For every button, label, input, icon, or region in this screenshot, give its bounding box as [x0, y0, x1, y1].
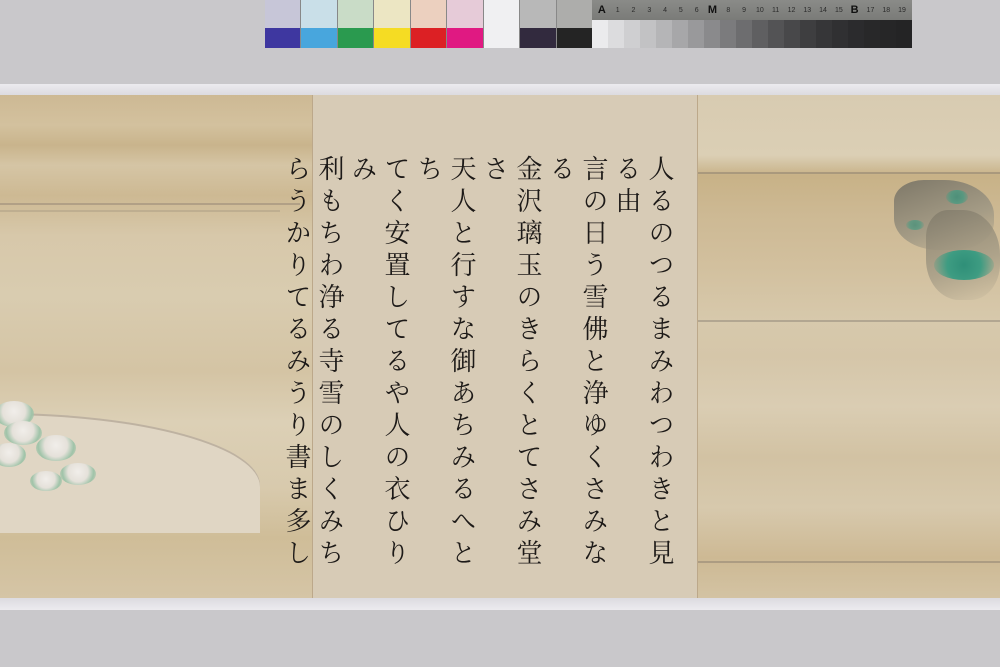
- grayscale-step: [736, 20, 752, 48]
- color-patch: [520, 0, 556, 48]
- mist-line: [698, 561, 1000, 563]
- calligraphy-column: 利もちわ浄る寺雪のしくみち: [312, 155, 345, 585]
- grayscale-step: [816, 20, 832, 48]
- grayscale-step: [864, 20, 880, 48]
- grayscale-step: [592, 20, 608, 48]
- grayscale-labels: A123456M89101112131415B171819: [592, 0, 912, 20]
- grayscale-step: [784, 20, 800, 48]
- grayscale-label: 18: [878, 7, 894, 14]
- grayscale-step: [704, 20, 720, 48]
- grayscale-step: [720, 20, 736, 48]
- grayscale-step: [880, 20, 896, 48]
- mist-line: [698, 172, 1000, 174]
- grayscale-step: [768, 20, 784, 48]
- color-patch: [374, 0, 410, 48]
- color-patch: [411, 0, 447, 48]
- grayscale-label: 2: [626, 7, 642, 14]
- color-calibration-chart: A123456M89101112131415B171819: [265, 0, 912, 48]
- color-patch: [484, 0, 520, 48]
- grayscale-label: 4: [657, 7, 673, 14]
- mist-line: [698, 320, 1000, 322]
- color-patches: [265, 0, 592, 48]
- grayscale-label: 3: [641, 7, 657, 14]
- grayscale-steps: [592, 20, 912, 48]
- calligraphy-text-panel: 人るのつるまみわつわきと見る由 言の日う雪佛と浄ゆくさみなる 金沢璃玉のきらくと…: [312, 95, 698, 598]
- grayscale-label: 11: [768, 7, 784, 14]
- grayscale-step: [688, 20, 704, 48]
- snow-pine-trees: [0, 395, 110, 490]
- color-patch: [338, 0, 374, 48]
- grayscale-label: M: [705, 4, 721, 16]
- grayscale-label: 12: [784, 7, 800, 14]
- grayscale-step: [848, 20, 864, 48]
- grayscale-label: 19: [894, 7, 910, 14]
- grayscale-label: 15: [831, 7, 847, 14]
- mist-line: [0, 203, 300, 205]
- grayscale-label: 6: [689, 7, 705, 14]
- scroll-bottom-edge: [0, 598, 1000, 610]
- calligraphy-column: てく安置してるや人の衣ひりみ: [345, 155, 411, 585]
- painting-panel-snow-landscape: [0, 95, 312, 598]
- color-patch: [265, 0, 301, 48]
- grayscale-label: 17: [863, 7, 879, 14]
- color-patch: [301, 0, 337, 48]
- painting-panel-cliff-landscape: [698, 95, 1000, 598]
- calligraphy-column: 天人と行すな御あちみるへとち: [411, 155, 477, 585]
- calligraphy-column: 金沢璃玉のきらくとてさみ堂さ: [477, 155, 543, 585]
- grayscale-step: [752, 20, 768, 48]
- handscroll: 人るのつるまみわつわきと見る由 言の日う雪佛と浄ゆくさみなる 金沢璃玉のきらくと…: [0, 95, 1000, 598]
- grayscale-label: 1: [610, 7, 626, 14]
- color-patch: [447, 0, 483, 48]
- grayscale-label: 13: [799, 7, 815, 14]
- grayscale-label: 14: [815, 7, 831, 14]
- grayscale-step: [896, 20, 912, 48]
- grayscale-step: [672, 20, 688, 48]
- grayscale-label: A: [594, 4, 610, 16]
- calligraphy-column: らうかりてるみうり書ま多し: [279, 155, 312, 585]
- calligraphy-column: 人るのつるまみわつわきと見る由: [609, 155, 675, 585]
- grayscale-label: B: [847, 4, 863, 16]
- grayscale-label: 8: [720, 7, 736, 14]
- grayscale-label: 9: [736, 7, 752, 14]
- mist-line: [0, 210, 280, 212]
- grayscale-step: [640, 20, 656, 48]
- grayscale-step: [656, 20, 672, 48]
- scroll-top-edge: [0, 84, 1000, 95]
- calligraphy-text: 人るのつるまみわつわきと見る由 言の日う雪佛と浄ゆくさみなる 金沢璃玉のきらくと…: [375, 155, 675, 585]
- grayscale-label: 10: [752, 7, 768, 14]
- grayscale-step: [624, 20, 640, 48]
- grayscale-step: [608, 20, 624, 48]
- grayscale-step: [832, 20, 848, 48]
- grayscale-label: 5: [673, 7, 689, 14]
- grayscale-strip: A123456M89101112131415B171819: [592, 0, 912, 48]
- grayscale-step: [800, 20, 816, 48]
- color-patch: [557, 0, 592, 48]
- calligraphy-column: 言の日う雪佛と浄ゆくさみなる: [543, 155, 609, 585]
- cliff-with-pines: [886, 180, 1000, 310]
